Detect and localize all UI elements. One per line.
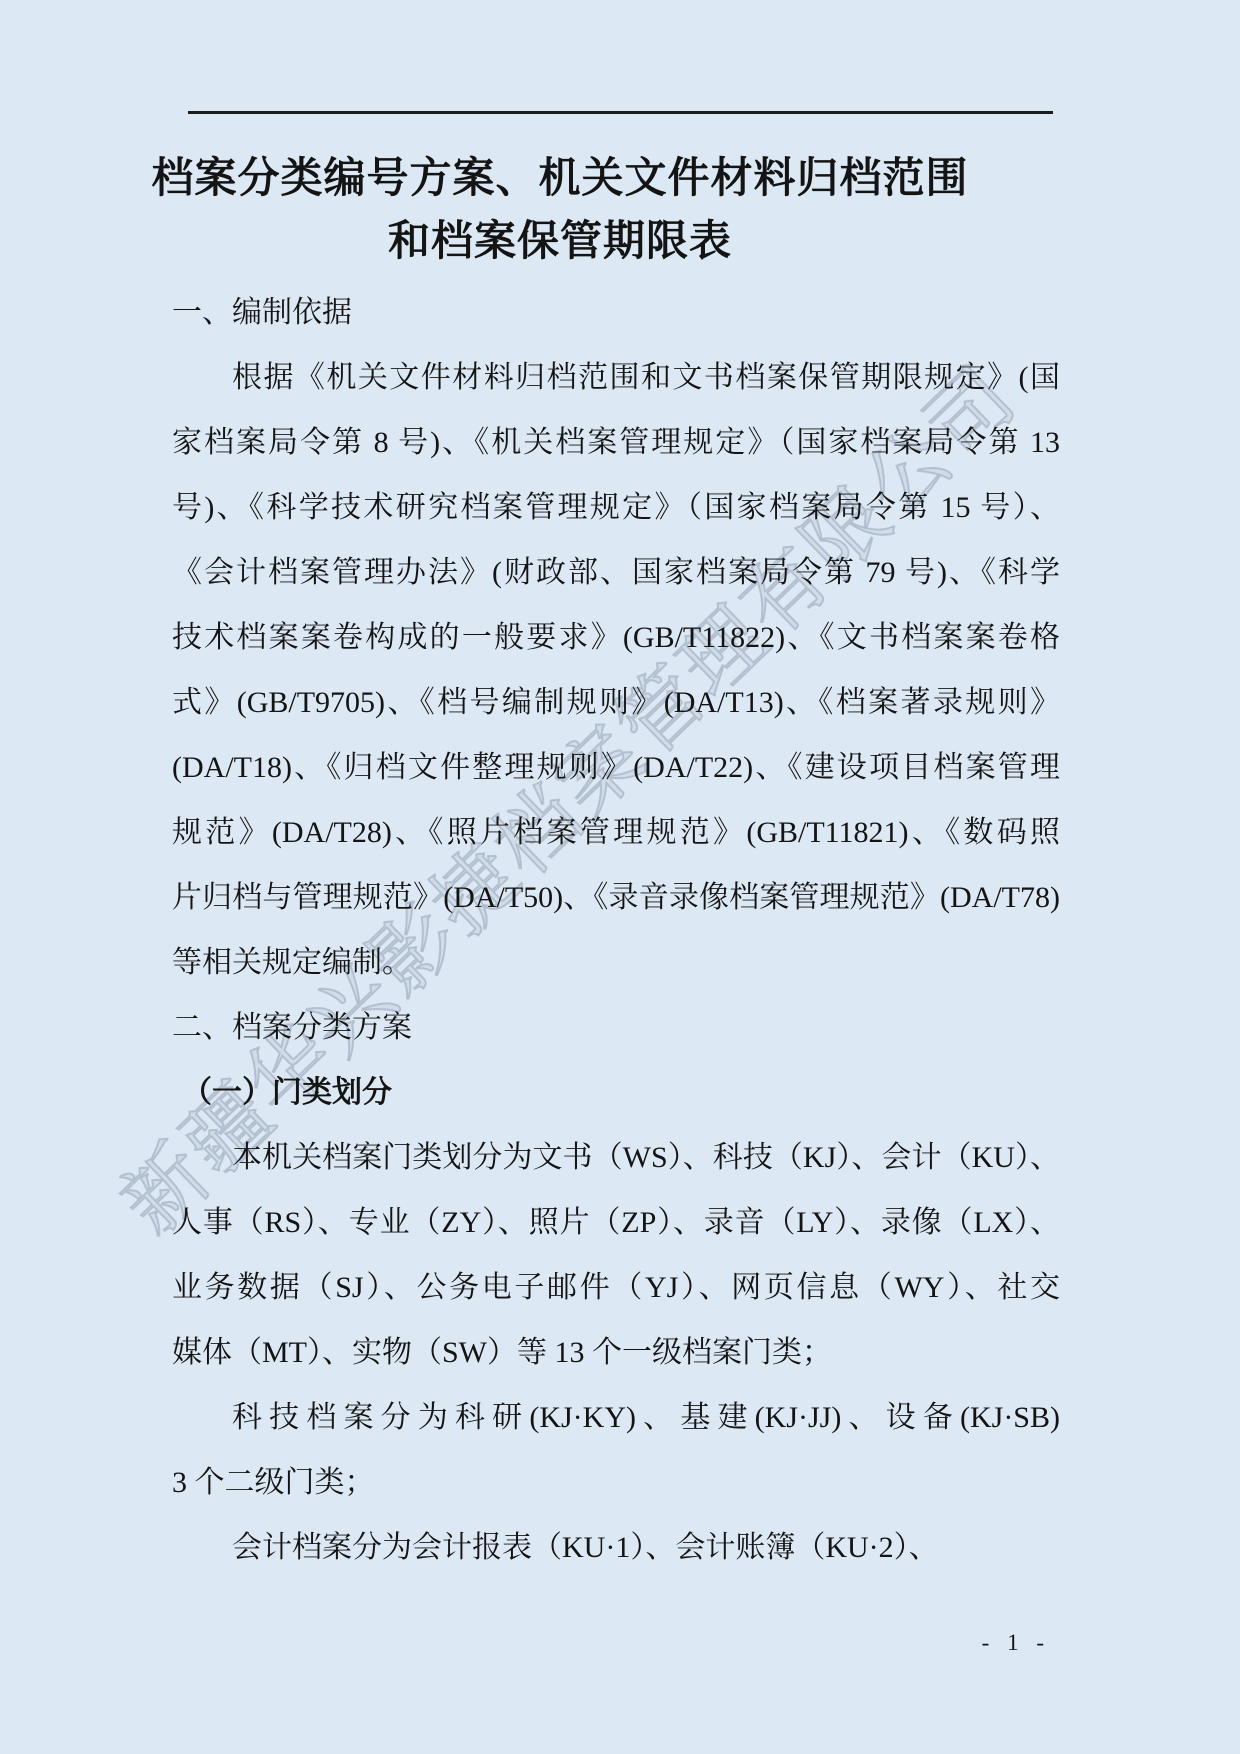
- document-title: 档案分类编号方案、机关文件材料归档范围 和档案保管期限表: [60, 148, 1060, 274]
- body-line: 本机关档案门类划分为文书（WS）、科技（KJ）、会计（KU）、: [172, 1125, 1060, 1190]
- body-line: 人事（RS）、专业（ZY）、照片（ZP）、录音（LY）、录像（LX）、: [172, 1190, 1060, 1255]
- section-2-sub-heading: （一）门类划分: [172, 1060, 1060, 1125]
- body-line: 根据《机关文件材料归档范围和文书档案保管期限规定》(国: [172, 345, 1060, 410]
- section-heading-1: 一、编制依据: [172, 280, 1060, 345]
- body-line: 业务数据（SJ）、公务电子邮件（YJ）、网页信息（WY）、社交: [172, 1255, 1060, 1320]
- body-line: 会计档案分为会计报表（KU·1）、会计账簿（KU·2）、: [172, 1515, 1060, 1580]
- body-line: (DA/T18)、《归档文件整理规则》(DA/T22)、《建设项目档案管理: [172, 735, 1060, 800]
- document-page: 新疆华兴影捷档案管理有限公司 档案分类编号方案、机关文件材料归档范围 和档案保管…: [0, 0, 1240, 1754]
- body-line: 规范》(DA/T28)、《照片档案管理规范》(GB/T11821)、《数码照: [172, 800, 1060, 865]
- body-line: 技术档案案卷构成的一般要求》(GB/T11822)、《文书档案案卷格: [172, 605, 1060, 670]
- body-line: 《会计档案管理办法》(财政部、国家档案局令第 79 号)、《科学: [172, 540, 1060, 605]
- section-heading-2: 二、档案分类方案: [172, 995, 1060, 1060]
- body-line: 片归档与管理规范》(DA/T50)、《录音录像档案管理规范》(DA/T78): [172, 865, 1060, 930]
- body-line: 家档案局令第 8 号)、《机关档案管理规定》（国家档案局令第 13: [172, 410, 1060, 475]
- body-line: 媒体（MT）、实物（SW）等 13 个一级档案门类；: [172, 1320, 1060, 1385]
- body-line: 科技档案分为科研(KJ·KY)、基建(KJ·JJ)、设备(KJ·SB): [172, 1385, 1060, 1450]
- header-rule: [188, 111, 1053, 114]
- page-number: - 1 -: [982, 1630, 1050, 1656]
- document-title-line-1: 档案分类编号方案、机关文件材料归档范围: [60, 148, 1060, 211]
- document-body: 一、编制依据 根据《机关文件材料归档范围和文书档案保管期限规定》(国 家档案局令…: [172, 280, 1060, 1580]
- body-line: 等相关规定编制。: [172, 930, 1060, 995]
- document-title-line-2: 和档案保管期限表: [60, 211, 1060, 274]
- body-line: 3 个二级门类；: [172, 1450, 1060, 1515]
- body-line: 号)、《科学技术研究档案管理规定》（国家档案局令第 15 号）、: [172, 475, 1060, 540]
- body-line: 式》(GB/T9705)、《档号编制规则》(DA/T13)、《档案著录规则》: [172, 670, 1060, 735]
